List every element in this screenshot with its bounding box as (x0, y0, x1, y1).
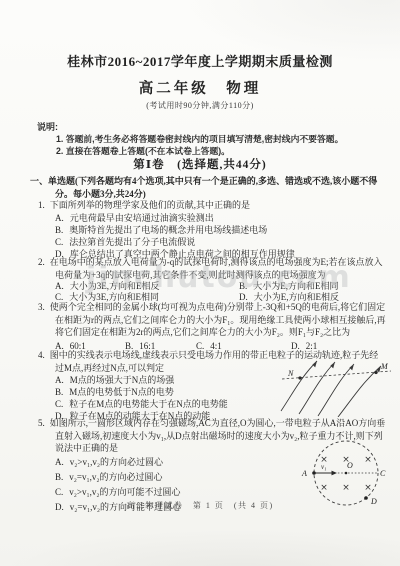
question-stem: 3.使两个完全相同的金属小球(均可视为点电荷)分别带上-3Q和+5Q的电荷后,将… (55, 301, 387, 339)
page-title: 桂林市2016~2017学年度上学期期末质量检测 (0, 51, 400, 70)
question-2: 2.在电场中的某点放入电荷量为-q的试探电荷时,测得该点的电场强度为E;若在该点… (55, 256, 387, 304)
point-n-dot (298, 376, 301, 379)
field-line-arrow (349, 364, 354, 370)
question-stem: 1.下面所列举的物理学家及他们的贡献,其中正确的是 (55, 199, 387, 212)
page-subtitle: 高二年级 物理 (0, 77, 400, 98)
question-number: 5. (38, 418, 45, 428)
exam-paper-page: 桂林市2016~2017学年度上学期期末质量检测 高二年级 物理 (考试用时90… (0, 0, 400, 566)
flux-cross-icon: × (364, 455, 372, 465)
point-a-dot (312, 471, 316, 475)
center-o-dot (345, 472, 348, 475)
instruction-item-2: 2. 直接在答题卷上答题(不在本试卷上答题)。 (56, 144, 388, 157)
instructions-label: 说明: (37, 120, 58, 133)
flux-cross-icon: × (320, 483, 328, 493)
figure-field-lines: N M (277, 351, 397, 417)
field-line (318, 364, 354, 416)
option-b: B.大小为E,方向和E相同 (239, 281, 387, 292)
question-number: 3. (38, 302, 45, 312)
point-m-dot (374, 371, 377, 374)
option-a: A.大小为3E,方向和E相反 (55, 281, 239, 292)
question-number: 4. (38, 350, 45, 360)
question-number: 1. (38, 200, 45, 210)
point-c-label: C (380, 469, 386, 478)
exam-duration-note: (考试用时90分钟,满分110分) (0, 100, 400, 111)
flux-cross-icon: × (342, 483, 350, 493)
part-intro: 一、单选题(下列各题均有4个选项,其中只有一个是正确的,多选、错选或不选,该小题… (55, 175, 383, 201)
initial-velocity-arrowhead (332, 471, 338, 476)
field-line (281, 361, 317, 411)
velocity-label: v₁ (321, 463, 327, 471)
field-line (299, 362, 335, 414)
flux-cross-icon: × (364, 483, 372, 493)
page-footer: 高二物理试卷 第 1 页 (共 4 页) (0, 500, 400, 511)
question-options: A.元电荷最早由安培通过油滴实验测出 B.奥斯特首先提出了电场的概念并用电场线描… (55, 212, 387, 260)
question-3: 3.使两个完全相同的金属小球(均可视为点电荷)分别带上-3Q和+5Q的电荷后,将… (55, 301, 387, 352)
question-number: 2. (38, 257, 45, 267)
section-heading: 第Ⅰ卷 (选择题,共44分) (0, 156, 400, 172)
question-1: 1.下面所列举的物理学家及他们的贡献,其中正确的是 A.元电荷最早由安培通过油滴… (55, 199, 387, 260)
field-line-arrow (312, 361, 317, 367)
option-a: A.元电荷最早由安培通过油滴实验测出 (55, 212, 387, 224)
center-o-label: O (347, 461, 353, 470)
option-c: C.法拉第首先提出了分子电流假说 (55, 236, 387, 248)
option-b: B.奥斯特首先提出了电场的概念并用电场线描述电场 (55, 224, 387, 236)
point-a-label: A (301, 469, 307, 478)
field-lines-diagram: N M (277, 351, 397, 417)
point-n-label: N (287, 369, 294, 378)
question-stem: 2.在电场中的某点放入电荷量为-q的试探电荷时,测得该点的电场强度为E;若在该点… (55, 256, 387, 281)
point-m-label: M (380, 362, 389, 371)
field-line-arrow (330, 362, 335, 368)
